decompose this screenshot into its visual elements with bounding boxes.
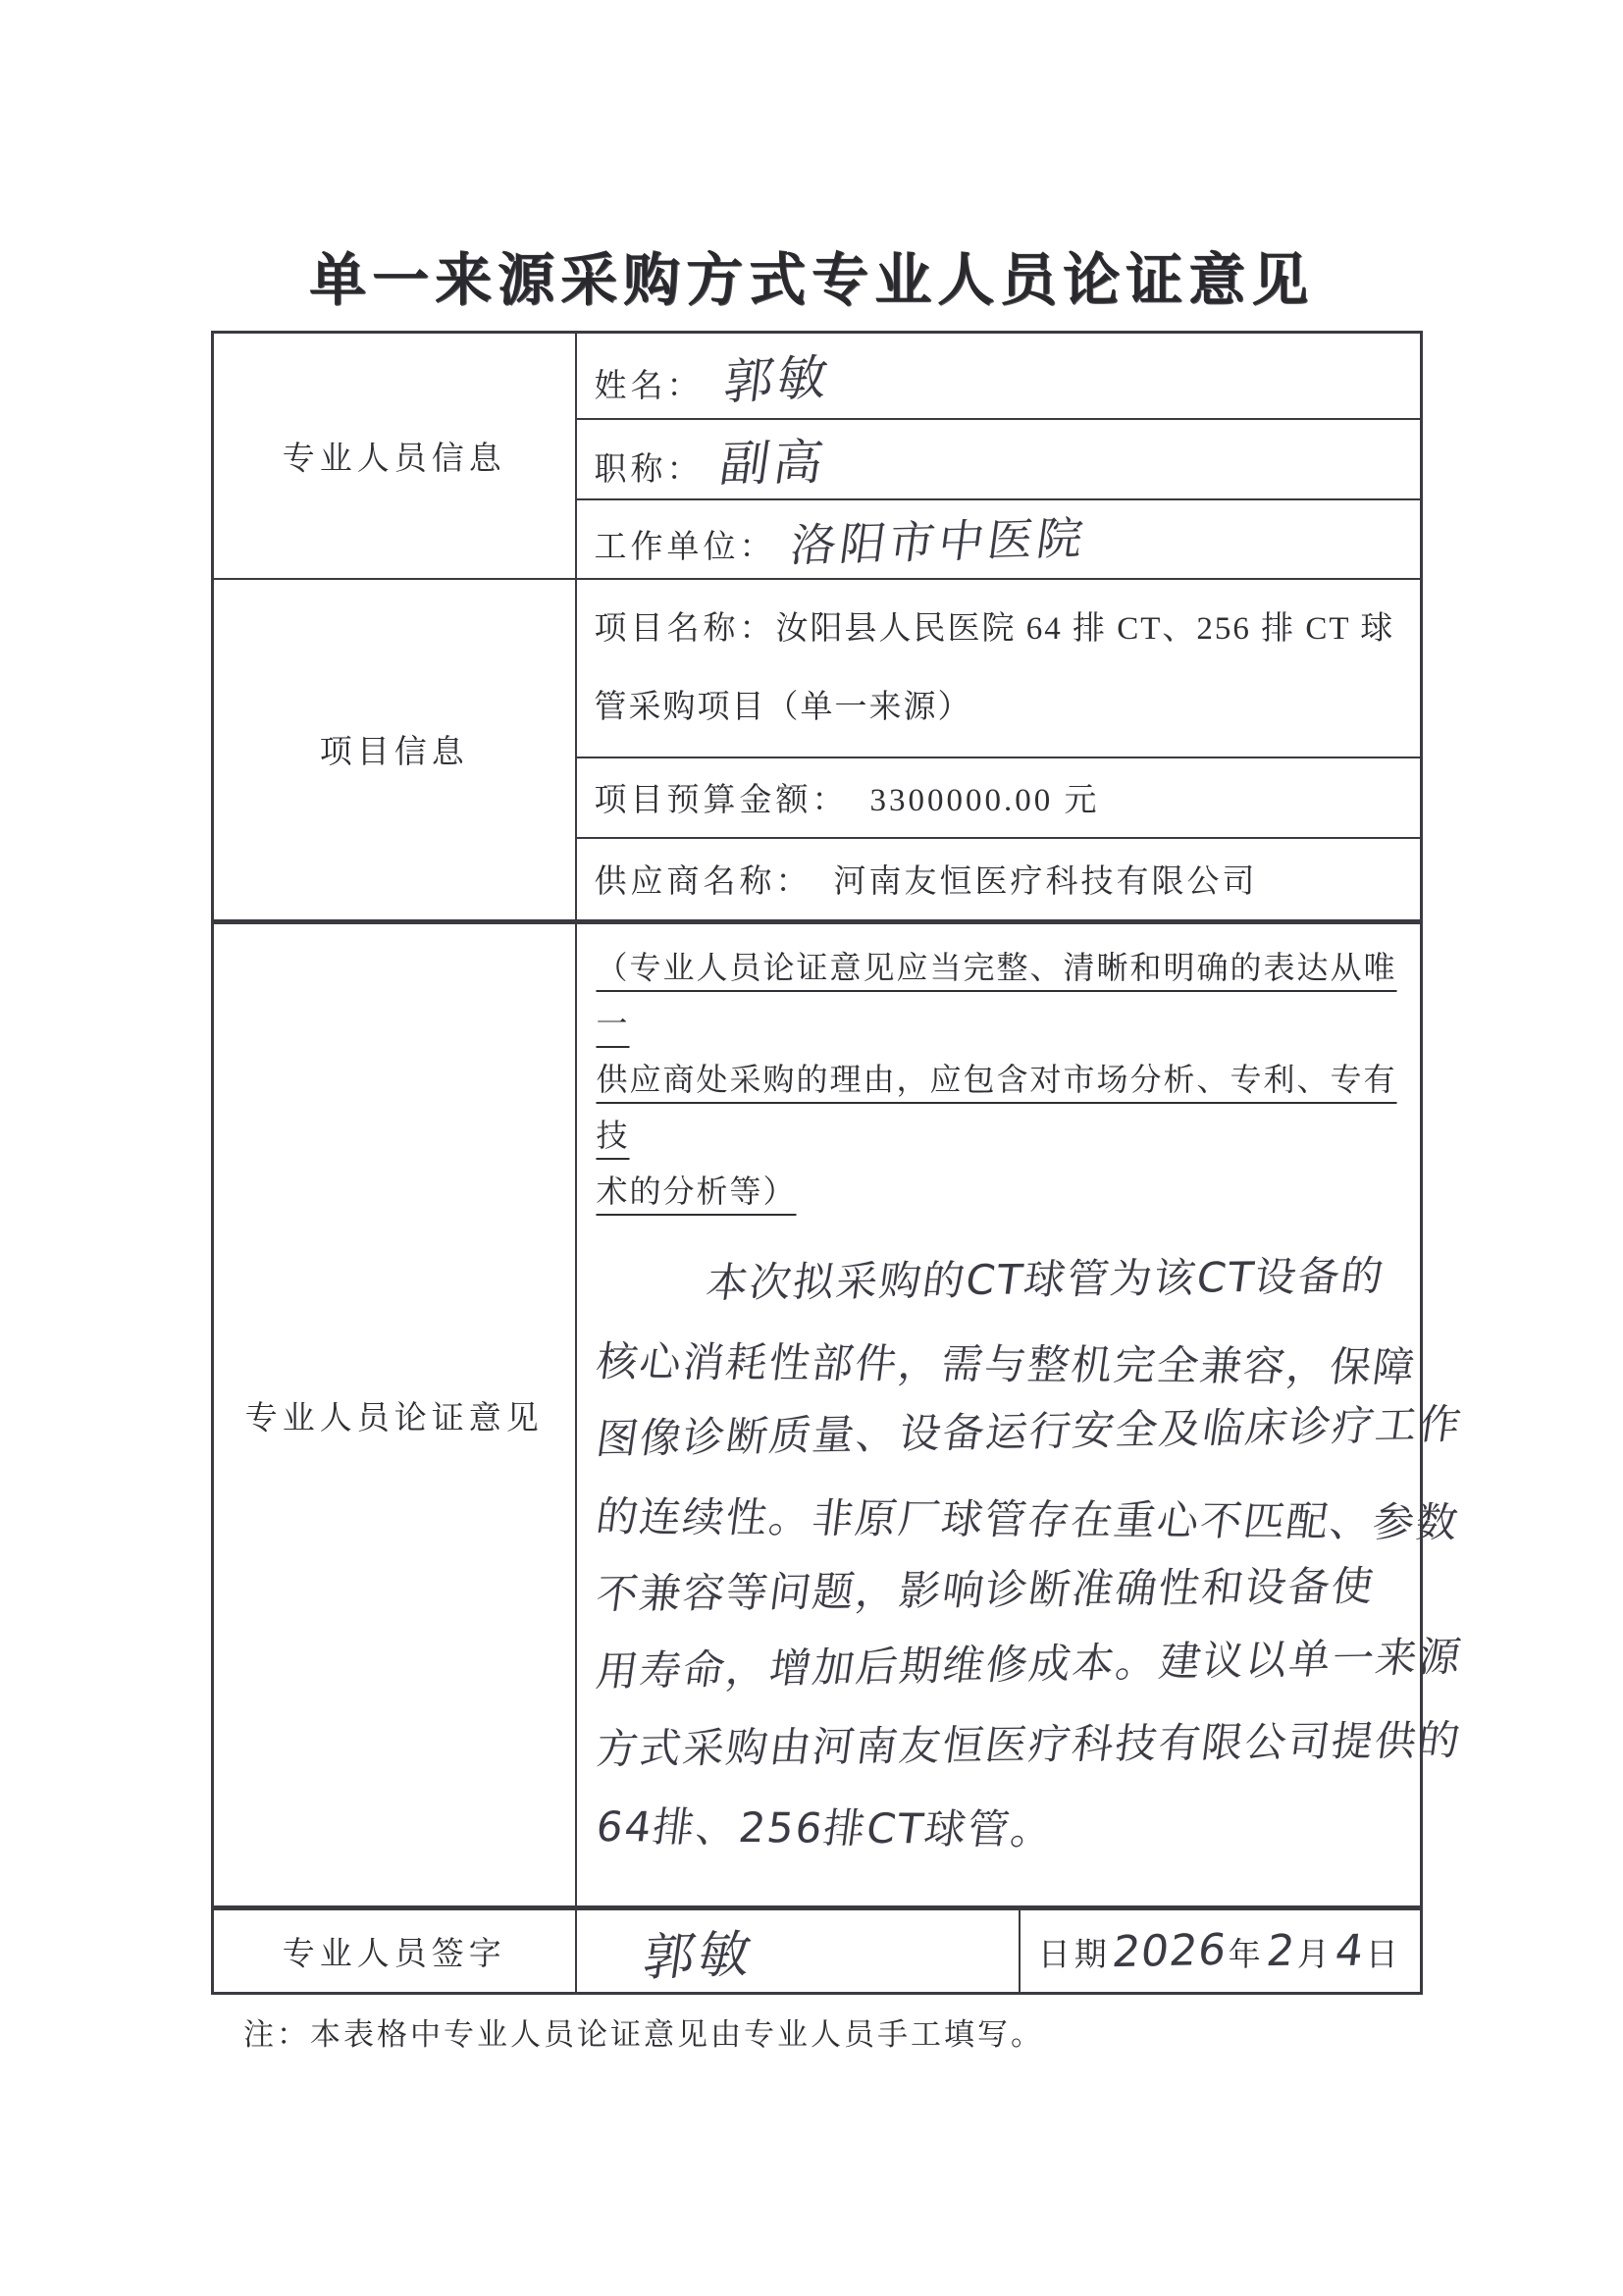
date-day-handwritten: 4 <box>1333 1926 1367 1977</box>
opinion-instruction-line: 供应商处采购的理由，应包含对市场分析、专利、专有技 <box>597 1052 1403 1164</box>
section-label-opinion: 专业人员论证意见 <box>213 922 576 1908</box>
job-title-handwritten-value: 副高 <box>715 423 831 496</box>
name-field-label: 姓名： <box>595 369 704 404</box>
date-field-label: 日期 <box>1038 1938 1111 1973</box>
signature-section-label: 专业人员签字 <box>283 1937 506 1972</box>
name-cell: 姓名：郭敏 <box>576 333 1422 419</box>
date-month-label: 月 <box>1297 1938 1334 1973</box>
section-label-signature: 专业人员签字 <box>213 1908 576 1994</box>
work-unit-handwritten-value: 洛阳市中医院 <box>787 502 1091 575</box>
opinion-handwritten-line: 图像诊断质量、设备运行安全及临床诊疗工作 <box>591 1386 1410 1478</box>
row-opinion: 专业人员论证意见 （专业人员论证意见应当完整、清晰和明确的表达从唯一 供应商处采… <box>213 922 1422 1908</box>
opinion-handwritten-text: 本次拟采购的CT球管为该CT设备的 核心消耗性部件，需与整机完全兼容，保障 图像… <box>597 1245 1403 1865</box>
document-page: 单一来源采购方式专业人员论证意见 专业人员信息 姓名：郭敏 职称：副高 工作单位… <box>0 0 1623 2296</box>
opinion-instruction-line: （专业人员论证意见应当完整、清晰和明确的表达从唯一 <box>597 940 1403 1052</box>
page-title: 单一来源采购方式专业人员论证意见 <box>0 234 1623 316</box>
row-name: 专业人员信息 姓名：郭敏 <box>213 333 1422 419</box>
date-month-handwritten: 2 <box>1264 1926 1298 1977</box>
footnote: 注：本表格中专业人员论证意见由专业人员手工填写。 <box>243 2009 1044 2054</box>
project-budget-value: 3300000.00 元 <box>870 783 1100 818</box>
date-year-handwritten: 2026 <box>1110 1925 1230 1977</box>
opinion-instructions: （专业人员论证意见应当完整、清晰和明确的表达从唯一 供应商处采购的理由，应包含对… <box>597 940 1403 1220</box>
opinion-handwritten-line: 本次拟采购的CT球管为该CT设备的 <box>591 1236 1408 1323</box>
date-day-label: 日 <box>1366 1938 1402 1973</box>
opinion-handwritten-line: 方式采购由河南友恒医疗科技有限公司提供的 <box>591 1701 1408 1788</box>
date-cell: 日期2026年2月4日 <box>1020 1908 1422 1994</box>
project-name-field-label: 项目名称： <box>595 611 776 647</box>
opinion-handwritten-line: 不兼容等问题，影响诊断准确性和设备使 <box>591 1546 1408 1633</box>
personnel-section-label: 专业人员信息 <box>283 442 506 477</box>
supplier-cell: 供应商名称：河南友恒医疗科技有限公司 <box>576 838 1422 922</box>
supplier-field-label: 供应商名称： <box>595 864 812 900</box>
signature-cell: 郭敏 <box>576 1908 1020 1994</box>
row-project-name: 项目信息 项目名称：汝阳县人民医院 64 排 CT、256 排 CT 球管采购项… <box>213 579 1422 757</box>
opinion-handwritten-line: 用寿命，增加后期维修成本。建议以单一来源 <box>591 1619 1410 1710</box>
opinion-handwritten-line: 64排、256排CT球管。 <box>591 1788 1406 1871</box>
signature-handwritten-value: 郭敏 <box>639 1912 759 1990</box>
project-budget-cell: 项目预算金额：3300000.00 元 <box>576 757 1422 838</box>
opinion-section-label: 专业人员论证意见 <box>245 1401 544 1436</box>
section-label-personnel: 专业人员信息 <box>213 333 576 579</box>
date-year-label: 年 <box>1229 1938 1265 1973</box>
project-budget-field-label: 项目预算金额： <box>595 783 849 818</box>
name-handwritten-value: 郭敏 <box>720 338 836 414</box>
job-title-cell: 职称：副高 <box>576 419 1422 499</box>
argumentation-form-table: 专业人员信息 姓名：郭敏 职称：副高 工作单位：洛阳市中医院 项目信息 项目名称… <box>211 331 1423 1995</box>
project-name-cell: 项目名称：汝阳县人民医院 64 排 CT、256 排 CT 球管采购项目（单一来… <box>576 579 1422 757</box>
project-section-label: 项目信息 <box>320 735 469 770</box>
job-title-field-label: 职称： <box>595 452 704 488</box>
work-unit-field-label: 工作单位： <box>595 530 776 565</box>
work-unit-cell: 工作单位：洛阳市中医院 <box>576 499 1422 579</box>
supplier-value: 河南友恒医疗科技有限公司 <box>834 864 1258 900</box>
row-signature: 专业人员签字 郭敏 日期2026年2月4日 <box>213 1908 1422 1994</box>
section-label-project: 项目信息 <box>213 579 576 922</box>
opinion-cell: （专业人员论证意见应当完整、清晰和明确的表达从唯一 供应商处采购的理由，应包含对… <box>576 922 1422 1908</box>
opinion-instruction-line: 术的分析等） <box>597 1164 1403 1220</box>
